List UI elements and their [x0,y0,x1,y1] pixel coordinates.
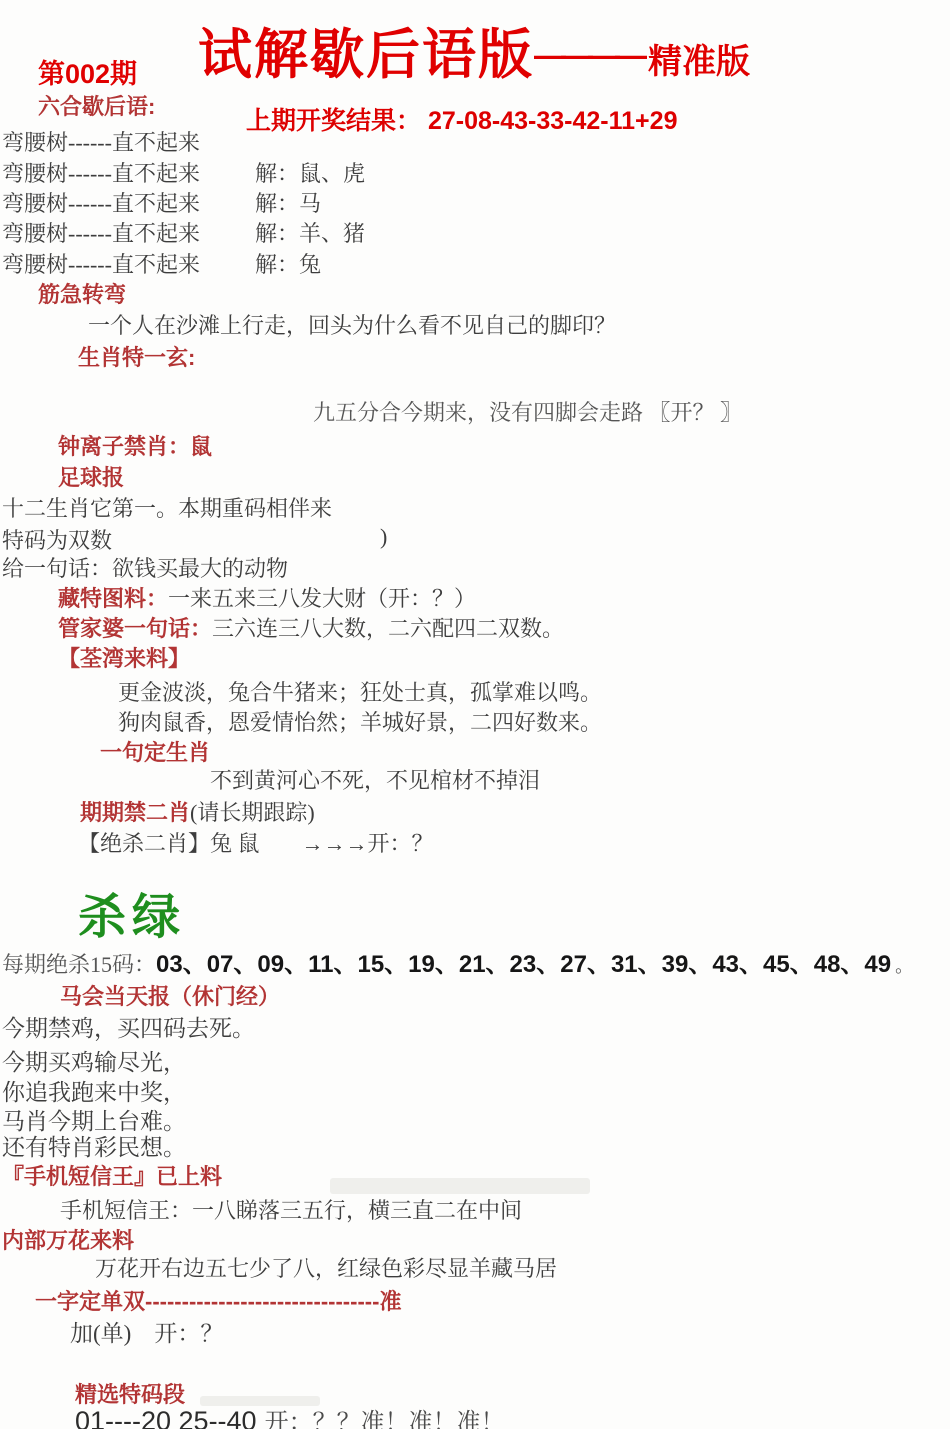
sms-king-heading: 『手机短信王』已上料 [2,1160,222,1191]
football-line2-paren: ) [380,524,387,550]
football-line2-text: 特码为双数 [2,528,112,553]
mahui-heading: 马会当天报（休门经） [60,980,280,1011]
guanjiapo-line: 管家婆一句话：三六连三八大数，二六配四二双数。 [58,612,564,643]
riddle-answer: 解：马 [255,187,321,218]
page-title-main: 试解歇后语版 [198,25,534,85]
guanjiapo-text: 三六连三八大数，二六配四二双数。 [212,616,564,641]
kill-green-period: 。 [895,956,913,976]
kill-two-arrows: →→→开：？ [302,831,434,856]
riddle-answer: 解：羊、猪 [255,217,365,248]
quanwan-line2: 狗肉鼠香，恩爱情怡然；羊城好景，二四好数来。 [118,706,602,737]
riddle-row: 弯腰树------直不起来 解：鼠、虎 [2,157,702,188]
scan-artifact [330,1178,590,1194]
zodiac-line: 九五分合今期来，没有四脚会走路 〖开？ 〗 [313,396,742,427]
riddle-text: 弯腰树------直不起来 [2,221,200,246]
riddle-text: 弯腰树------直不起来 [2,252,200,277]
tip-sheet-page: 试解歇后语版————精准版 第002期 六合歇后语: 上期开奖结果： 27-08… [0,0,950,1429]
one-sentence-line: 不到黄河心不死，不见棺材不掉泪 [210,764,540,795]
cangte-line: 藏特图料：一来五来三八发大财（开：？） [58,582,476,613]
kill-green-numbers: 03、07、09、11、15、19、21、23、27、31、39、43、45、4… [156,951,891,978]
football-line3: 给一句话：欲钱买最大的动物 [2,552,288,583]
zodiac-heading: 生肖特一玄: [78,341,195,372]
ban-two-note: (请长期跟踪) [190,800,315,825]
riddle-row: 弯腰树------直不起来 解：兔 [2,248,702,279]
mahui-line: 今期禁鸡，买四码去死。 [2,1010,255,1043]
kill-two-text: 【绝杀二肖】兔 鼠 [78,831,260,856]
brain-teaser-heading: 筋急转弯 [38,278,126,309]
ban-two-heading: 期期禁二肖 [80,800,190,825]
page-title-suffix: 精准版 [648,43,750,81]
brain-teaser-question: 一个人在沙滩上行走，回头为什么看不见自己的脚印？ [88,309,616,340]
wanhua-heading: 内部万花来料 [2,1224,134,1255]
football-heading: 足球报 [58,461,124,492]
quanwan-line1: 更金波淡，兔合牛猪来；狂处士真，孤掌难以鸣。 [118,676,602,707]
wanhua-line: 万花开右边五七少了八，红绿色彩尽显羊藏马居 [95,1252,557,1283]
riddle-text: 弯腰树------直不起来 [2,191,200,216]
riddle-text: 弯腰树------直不起来 [2,130,200,155]
mahui-line: 还有特肖彩民想。 [2,1129,186,1162]
tema-result: 开：？？准！准！准！ [265,1410,505,1429]
page-title-dash: ———— [534,37,642,73]
mahui-line: 今期买鸡输尽光， [2,1044,186,1077]
kill-two-line: 【绝杀二肖】兔 鼠→→→开：？ [78,827,434,858]
ban-two-heading-line: 期期禁二肖(请长期跟踪) [80,796,315,827]
football-line2: 特码为双数 ) [2,524,702,555]
zhongli-heading: 钟离子禁肖：鼠 [58,430,212,461]
riddle-row: 弯腰树------直不起来 解：马 [2,187,702,218]
tema-range-line: 01----20 25--40开：？？准！准！准！ [75,1402,505,1429]
cangte-label: 藏特图料： [58,586,168,611]
page-title: 试解歇后语版————精准版 [198,12,750,89]
issue-number: 第002期 [38,52,137,91]
riddle-answer: 解：鼠、虎 [255,157,365,188]
danshuang-heading: 一字定单双--------------------------------准 [35,1285,401,1316]
riddle-row: 弯腰树------直不起来 [2,126,702,157]
hehouyu-heading: 六合歇后语: [38,90,155,121]
sms-king-line: 手机短信王：一八睇落三五行，横三直二在中间 [60,1194,522,1225]
one-sentence-heading: 一句定生肖 [100,736,210,767]
riddle-row: 弯腰树------直不起来 解：羊、猪 [2,217,702,248]
kill-green-numbers-line: 每期绝杀15码：03、07、09、11、15、19、21、23、27、31、39… [2,944,913,979]
kill-green-label: 每期绝杀15码： [2,952,156,977]
guanjiapo-label: 管家婆一句话： [58,616,212,641]
tema-range: 01----20 25--40 [75,1406,257,1429]
danshuang-line: 加(单) 开：？ [70,1315,223,1348]
football-line1: 十二生肖它第一。本期重码相伴来 [2,492,332,523]
riddle-answer: 解：兔 [255,248,321,279]
cangte-text: 一来五来三八发大财（开：？） [168,586,476,611]
kill-green-title: 杀绿 [78,878,186,947]
quanwan-heading: 【荃湾来料】 [58,642,190,673]
riddle-text: 弯腰树------直不起来 [2,161,200,186]
